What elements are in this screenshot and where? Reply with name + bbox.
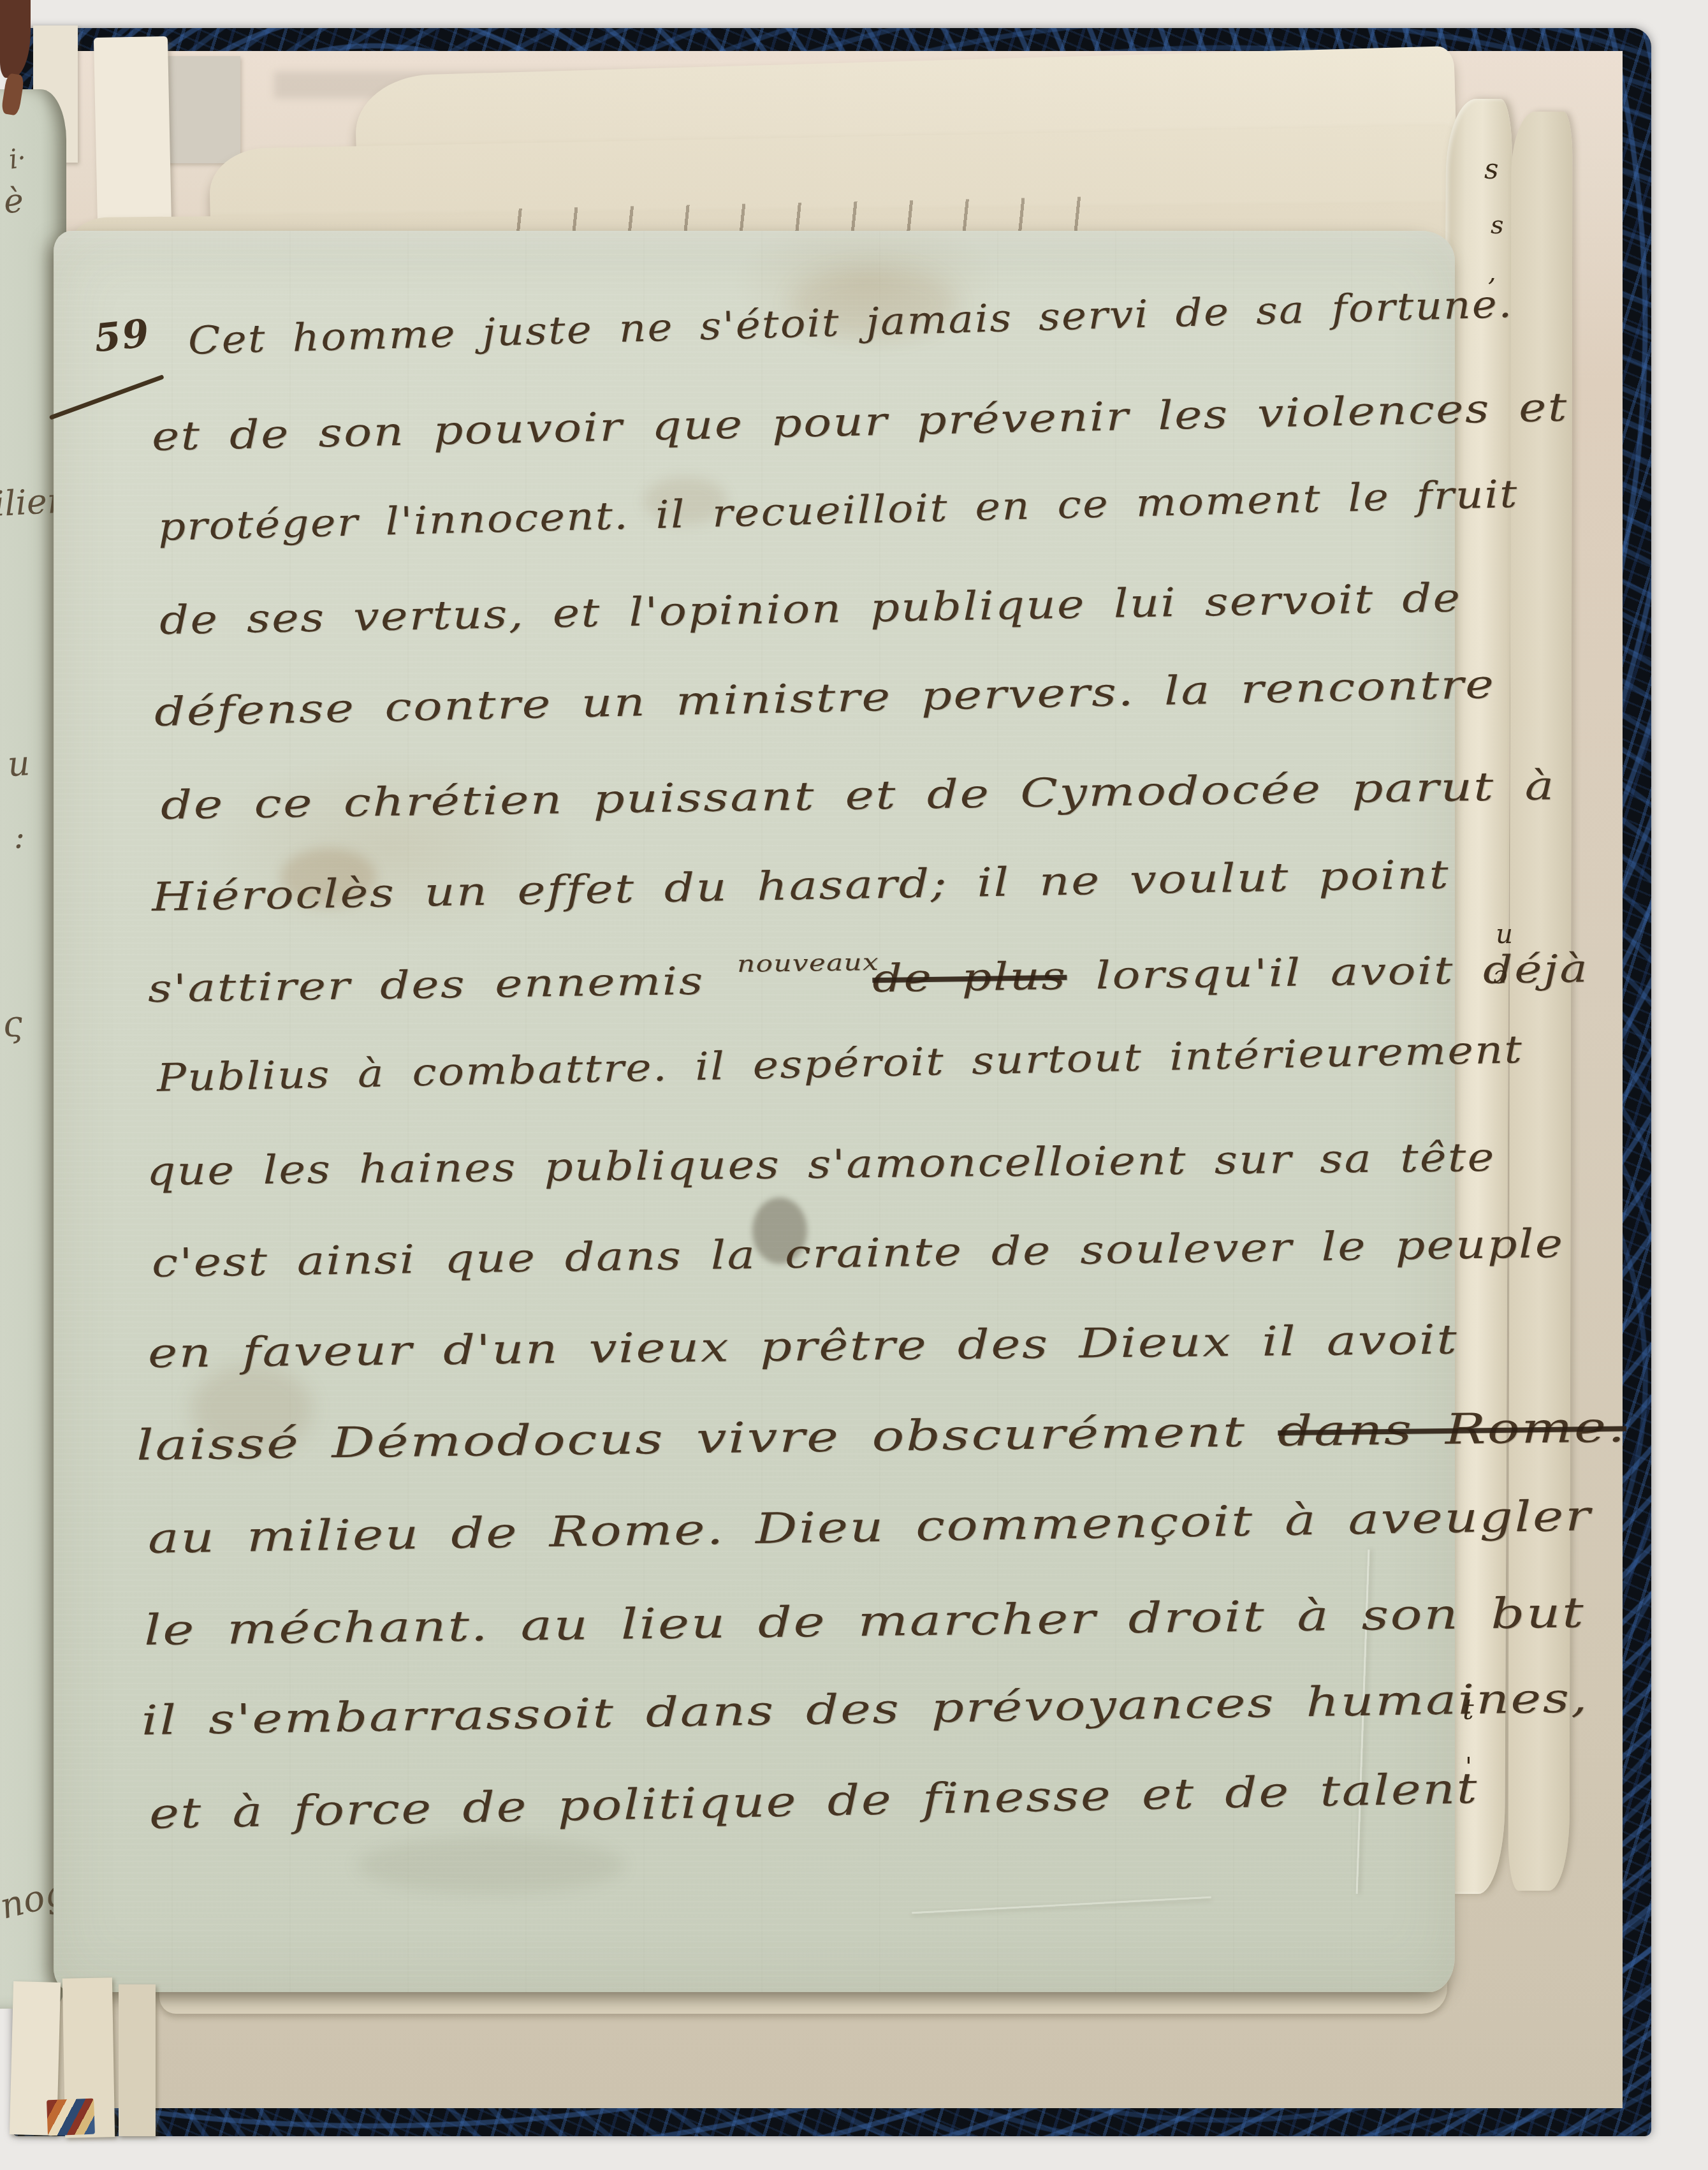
bottom-tab-3: [119, 1984, 156, 2136]
stain: [357, 1836, 625, 1894]
left-edge-fragment: :: [14, 819, 25, 856]
scanned-manuscript-page: i·èilienu:ςnog 59 Cet homme juste ne s'é…: [0, 0, 1708, 2170]
right-edge-ink-mark: ,: [1488, 258, 1496, 287]
right-edge-ink-mark: ɔ: [1493, 960, 1507, 990]
right-edge-ink-mark: ': [1465, 1752, 1472, 1782]
right-edge-ink-mark: u: [1496, 918, 1513, 949]
inserted-word: nouveaux: [737, 949, 879, 978]
line-text: s'attirer des ennemis: [148, 958, 734, 1011]
right-edge-ink-mark: s: [1491, 210, 1504, 240]
page-number: 59: [92, 311, 152, 362]
line-text: lorsqu'il avoit déjà: [1067, 946, 1589, 998]
struck-words: dans Rome.: [1278, 1402, 1626, 1456]
paper-tab-light: [94, 36, 172, 229]
left-edge-fragment: è: [3, 182, 25, 221]
struck-words: de plus: [872, 954, 1067, 1001]
left-edge-fragment: u: [6, 743, 31, 784]
marbled-chip: [47, 2099, 95, 2136]
right-edge-ink-mark: s: [1484, 153, 1499, 186]
left-edge-fragment: ς: [1, 1003, 25, 1046]
right-edge-ink-mark: t: [1463, 1694, 1474, 1726]
